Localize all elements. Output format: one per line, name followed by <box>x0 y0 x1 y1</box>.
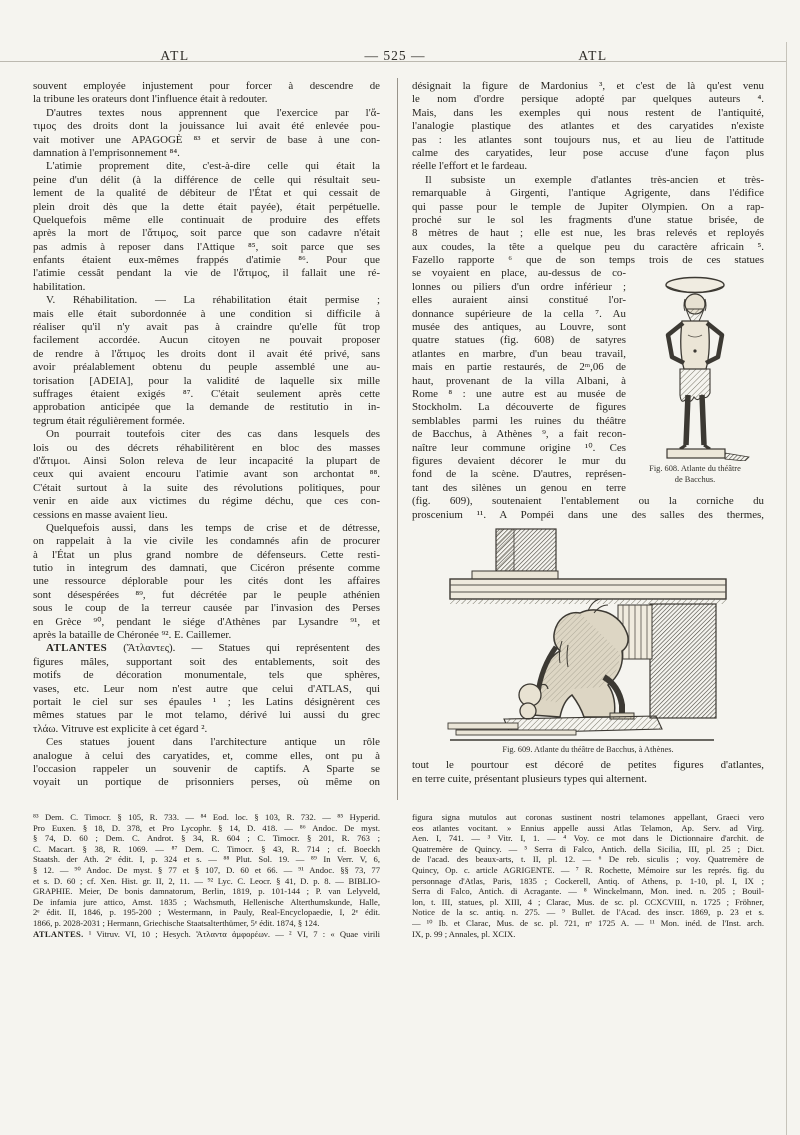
text-line: tegrum était régulièrement formée. <box>33 415 380 428</box>
footnote-line: GRAPHIE. Meier, De bonis damnatorum, Ber… <box>33 886 380 897</box>
text-line: calme des caryatides, leur pose accuse d… <box>412 147 764 160</box>
text-line: quatre statues (fig. 608) de satyres <box>412 334 626 347</box>
text-line: sont désespérées ⁸⁹, fut décrétée par le… <box>33 589 380 602</box>
text-line: τιμος des droits dont la jouissance lui … <box>33 120 380 133</box>
text-line: 8 mètres de haut ; elle est nue, les bra… <box>412 227 764 240</box>
text-line: en Grèce ⁹⁰, pendant le siége d'Athènes … <box>33 616 380 629</box>
right-column-top-paragraphs: désignait la figure de Mardonius ³, et c… <box>412 80 764 267</box>
text-line: plein droit dès que la dette était payée… <box>33 201 380 214</box>
text-line: qui passe pour le temple de Jupiter Olym… <box>412 201 764 214</box>
text-line: elles auraient ainsi constitué l'or- <box>412 294 626 307</box>
text-line: motifs de décoration monumentale, tels q… <box>33 669 380 682</box>
figure-608-caption: Fig. 608. Atlante du théâtre de Bacchus. <box>626 464 764 485</box>
running-head-left: ATL <box>130 48 220 64</box>
footnote-line: Quincy, Op. c. article AGRIGENTE. — ⁷ R.… <box>412 865 764 876</box>
text-line: de rendre à l'ἄτιμος les droits dont il … <box>33 348 380 361</box>
footnote-line: Pro Euxen. § 18, D. 378, et Pro Lycophr.… <box>33 823 380 834</box>
text-line: après la bataille de Chéronée ⁹². E. Cai… <box>33 629 380 642</box>
column-divider-rule <box>397 78 398 800</box>
text-line: tutio in integrum des damnati, que Cicér… <box>33 562 380 575</box>
page-number: — 525 — <box>305 48 485 64</box>
right-column-text: désignait la figure de Mardonius ³, et c… <box>412 80 764 786</box>
wrapped-text-lines: se voyaient en place, au-dessus de co-lo… <box>412 267 626 495</box>
text-line: torisation [ADEIA], pour la validité de … <box>33 375 380 388</box>
footnote-line: ⁸³ Dem. C. Timocr. § 105, R. 733. — ⁸⁴ E… <box>33 812 380 823</box>
text-line: Rome ⁸ : une autre est au musée de <box>412 388 626 401</box>
text-line: (fig. 609), soutenaient l'entablement ou… <box>412 495 764 508</box>
text-line: tout le pourtour est décoré de petites f… <box>412 759 764 772</box>
text-line: d'ἄτιμοι. Ainsi Solon releva de leur inc… <box>33 455 380 468</box>
footnote-line: IX, p. 99 ; Annales, pl. XCIX. <box>412 929 764 940</box>
footnote-line: et s. D. 60 ; cf. Xen. Hist. gr. II, 2, … <box>33 876 380 887</box>
text-line: l'occasion rappeler un souvenir de capti… <box>33 763 380 776</box>
text-line: sous le coup de la terreur causée par l'… <box>33 602 380 615</box>
text-line: désignait la figure de Mardonius ³, et c… <box>412 80 764 93</box>
text-line: On pourrait toutefois citer des cas dans… <box>33 428 380 441</box>
text-line: semblables parmi les ruines du théâtre <box>412 415 626 428</box>
footnote-line: De infamia jure attico, Amst. 1835 ; Wac… <box>33 897 380 908</box>
text-line: Quelquefois même elle continuait de prod… <box>33 214 380 227</box>
footnote-line: § 12. — ⁹⁰ Andoc. De myst. § 77 et § 107… <box>33 865 380 876</box>
footnote-line: Notice de la sc. antiq. n. 275. — ⁹ Bull… <box>412 907 764 918</box>
footnote-line: figura signa mutulos aut coronas sustine… <box>412 812 764 823</box>
figure-608: Fig. 608. Atlante du théâtre de Bacchus. <box>626 267 764 495</box>
text-line: on rappelait à la vie civile les condamn… <box>33 535 380 548</box>
footnote-line: personnage d'Atlas, Paris, 1835 ; Cocker… <box>412 876 764 887</box>
footnotes-right-column: figura signa mutulos aut coronas sustine… <box>412 812 764 939</box>
text-line: Stockholm. La découverte de figures <box>412 401 626 414</box>
text-line: venir en aide aux victimes du régime déc… <box>33 495 380 508</box>
text-line: τλάω. Vitruve est explicite à cet égard … <box>33 723 380 736</box>
text-line: la tribune les orateurs dont l'influence… <box>33 93 380 106</box>
text-line: Il subsiste un exemple d'atlantes très-a… <box>412 174 764 187</box>
footnotes-left-column: ⁸³ Dem. C. Timocr. § 105, R. 733. — ⁸⁴ E… <box>33 812 380 939</box>
text-line: facilement accordée. Aucun citoyen ne po… <box>33 334 380 347</box>
footnote-line: eos atlantes vocitant. » Ennius appelle … <box>412 823 764 834</box>
text-line: de Bacchus, à Athènes ⁹, a fait recon- <box>412 428 626 441</box>
text-line: ATLANTES (Ἄτλαντες). — Statues qui repré… <box>33 642 380 655</box>
text-line: lois ou des décrets réhabilitèrent en bl… <box>33 442 380 455</box>
text-line: musée des antiques, au Louvre, sont <box>412 321 626 334</box>
figure-608-wrap-section: se voyaient en place, au-dessus de co-lo… <box>412 267 764 495</box>
text-line: en terre cuite, présentant plusieurs typ… <box>412 773 764 786</box>
text-line: D'autres textes nous apprennent que l'ex… <box>33 107 380 120</box>
footnote-line: ATLANTES. ¹ Vitruv. VI, 10 ; Hesych. Ἄτλ… <box>33 929 380 940</box>
text-line: Quelquefois aussi, dans les temps de cri… <box>33 522 380 535</box>
text-line: C'était surtout à la suite des révolutio… <box>33 482 380 495</box>
text-line: lonnes ou piliers d'un ordre inférieur ; <box>412 281 626 294</box>
right-column-mid-lines: (fig. 609), soutenaient l'entablement ou… <box>412 495 764 522</box>
text-line: fond de la scène. D'autres, représen- <box>412 468 626 481</box>
text-line: figures mâles, supportant soit des entab… <box>33 656 380 669</box>
text-line: enfants étaient eux-mêmes frappés d'atim… <box>33 254 380 267</box>
text-line: vases, etc. Leur nom n'est autre que cel… <box>33 683 380 696</box>
text-line: naître leur commune origine ¹⁰. Ces <box>412 442 626 455</box>
text-line: damnation à l'emprisonnement ⁸⁴. <box>33 147 380 160</box>
figure-609: Fig. 609. Atlante du théâtre de Bacchus,… <box>412 527 764 756</box>
text-line: approbation anticipée que la demande de … <box>33 401 380 414</box>
text-line: haut, provenant de la villa Albani, à <box>412 375 626 388</box>
text-line: V. Réhabilitation. — La réhabilitation é… <box>33 294 380 307</box>
figure-609-illustration <box>442 527 734 743</box>
footnote-line: Aen. I, 741. — ³ Vitr. I, 1. — ⁴ Voy. ce… <box>412 833 764 844</box>
footnote-line: Staatsh. der Ath. 2ᵉ édit. I, p. 324 et … <box>33 854 380 865</box>
text-line: portait le ciel sur ses épaules ¹ ; les … <box>33 696 380 709</box>
text-line: à l'État un plus grand nombre de défense… <box>33 549 380 562</box>
footnote-line: 1866, p. 2028-2031 ; Hermann, Griechisch… <box>33 918 380 929</box>
footnote-line: Serra di Falco, Antich. di Acragante. — … <box>412 886 764 897</box>
text-line: Mais, dans les exemples qui nous restent… <box>412 107 764 120</box>
running-head-right: ATL <box>548 48 638 64</box>
text-line: donnance supérieure de la cella ⁷. Au <box>412 308 626 321</box>
text-line: vait motiver une APAGOGÈ ⁸³ et servir de… <box>33 134 380 147</box>
text-line: Fazello rapporte ⁶ que de son temps troi… <box>412 254 764 267</box>
figure-609-caption: Fig. 609. Atlante du théâtre de Bacchus,… <box>412 745 764 756</box>
text-line: figures devaient décorer le mur du <box>412 455 626 468</box>
text-line: suffrages étaient exigés ⁸⁷. C'était seu… <box>33 388 380 401</box>
right-column-bottom-lines: tout le pourtour est décoré de petites f… <box>412 759 764 786</box>
text-line: pas admis à reposer dans l'Attique ⁸⁵, s… <box>33 241 380 254</box>
text-line: habilitation. <box>33 281 380 294</box>
footnote-line: § 74, D. 60 ; Dem. C. Androt. § 34, R. 6… <box>33 833 380 844</box>
text-line: réaliser qu'il n'y avait pas à craindre … <box>33 321 380 334</box>
text-line: réelle l'effort et le fardeau. <box>412 160 764 173</box>
text-line: l'analogie plastique des atlantes et des… <box>412 120 764 133</box>
text-line: remarquable à Girgenti, l'antique Agrige… <box>412 187 764 200</box>
text-line: mêmes statues par le mot telamo, dérivé … <box>33 709 380 722</box>
text-line: proscenium ¹¹. A Pompéi dans une des sal… <box>412 509 764 522</box>
page-right-edge-line <box>786 42 787 1135</box>
text-line: après la mort de l'ἄτιμος, soit parce qu… <box>33 227 380 240</box>
text-line: mais elle était subordonnée à une condit… <box>33 308 380 321</box>
text-line: atlantes en marbre, d'un beau travail, <box>412 348 626 361</box>
text-line: ceux qui avaient encouru l'atimie avant … <box>33 468 380 481</box>
text-line: l'atimie cessât pendant la vie de l'ἄτιμ… <box>33 267 380 280</box>
figure-608-illustration <box>639 273 751 461</box>
text-line: mais en partie restaurés, de 2ᵐ,06 de <box>412 361 626 374</box>
text-line: avoir préalablement obtenu du peuple ass… <box>33 361 380 374</box>
footnote-line: Quatremère de Quincy. — ⁵ Serra di Falco… <box>412 844 764 855</box>
footnote-line: 2ᵉ édit. II, 1846, p. 195-200 ; Westerma… <box>33 907 380 918</box>
text-line: proché sur le sol les fragments d'une st… <box>412 214 764 227</box>
text-line: peine d'un délit (à la différence de cel… <box>33 174 380 187</box>
footnote-line: lon, t. III, statues, pl. XIII, 4 ; Clar… <box>412 897 764 908</box>
text-line: analogue à celui des caryatides, et, com… <box>33 750 380 763</box>
text-line: se voyaient en place, au-dessus de co- <box>412 267 626 280</box>
left-column-text: souvent employée injustement pour forcer… <box>33 80 380 790</box>
text-line: tant des silènes un genou en terre <box>412 482 626 495</box>
text-line: L'atimie proprement dite, c'est-à-dire c… <box>33 160 380 173</box>
text-line: une ressource déplorable pour les cités … <box>33 575 380 588</box>
scanned-dictionary-page: ATL — 525 — ATL souvent employée injuste… <box>0 0 800 1135</box>
text-line: souvent employée injustement pour forcer… <box>33 80 380 93</box>
text-line: cessions en masse avaient lieu. <box>33 509 380 522</box>
text-line: lement de la qualité de débiteur de l'Ét… <box>33 187 380 200</box>
text-line: Ces statues jouent dans l'architecture a… <box>33 736 380 749</box>
text-line: aux coudes, la tête a quelque peu du car… <box>412 241 764 254</box>
footnote-line: de l'acad. des beaux-arts, t. II, pl. 12… <box>412 854 764 865</box>
text-line: voyait un portique de prisonniers perses… <box>33 776 380 789</box>
text-line: pas : les atlantes sont toujours nus, et… <box>412 134 764 147</box>
footnote-line: — ¹⁰ Ib. et Clarac, Mus. de sc. pl. 721,… <box>412 918 764 929</box>
text-line: le nom d'ordre persique adopté par quelq… <box>412 93 764 106</box>
footnote-line: C. Macart. § 38, R. 1069. — ⁸⁷ Dem. C. T… <box>33 844 380 855</box>
